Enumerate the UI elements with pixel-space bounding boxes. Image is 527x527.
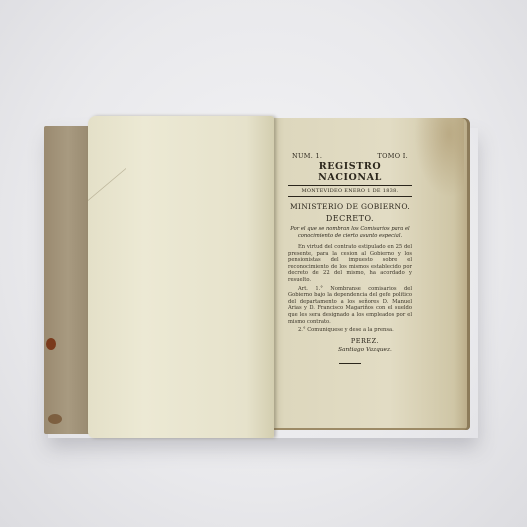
end-rule [339, 363, 361, 364]
decree-subtitle: Por el que se nombran los Comisarios par… [288, 226, 412, 239]
divider [288, 196, 412, 197]
paragraph: En virtud del contrato estipulado en 25 … [288, 244, 412, 284]
signature: PEREZ. [288, 337, 412, 345]
printed-text-block: NUM. 1. TOMO I. REGISTRO NACIONAL MONTEV… [288, 152, 412, 352]
countersignature: Santiago Vazquez. [288, 347, 412, 353]
page-fold-crease [88, 128, 126, 201]
page-stain [414, 118, 464, 198]
issue-number: NUM. 1. [292, 152, 322, 160]
left-page-blank [88, 116, 274, 438]
volume-number: TOMO I. [378, 152, 408, 160]
paragraph: 2.° Comuniquese y dese a la prensa. [288, 327, 412, 334]
divider [288, 185, 412, 186]
stain [48, 414, 62, 424]
ministry-heading: MINISTERIO DE GOBIERNO. [288, 202, 412, 211]
document-title: REGISTRO NACIONAL [288, 161, 412, 183]
decree-heading: DECRETO. [288, 214, 412, 223]
decree-body: En virtud del contrato estipulado en 25 … [288, 244, 412, 334]
dateline: MONTEVIDEO ENERO 1 DE 1838. [288, 188, 412, 194]
stain [46, 338, 56, 350]
paragraph: Art. 1.° Nombranse comisarios del Gobier… [288, 286, 412, 326]
masthead-row: NUM. 1. TOMO I. [288, 152, 412, 160]
